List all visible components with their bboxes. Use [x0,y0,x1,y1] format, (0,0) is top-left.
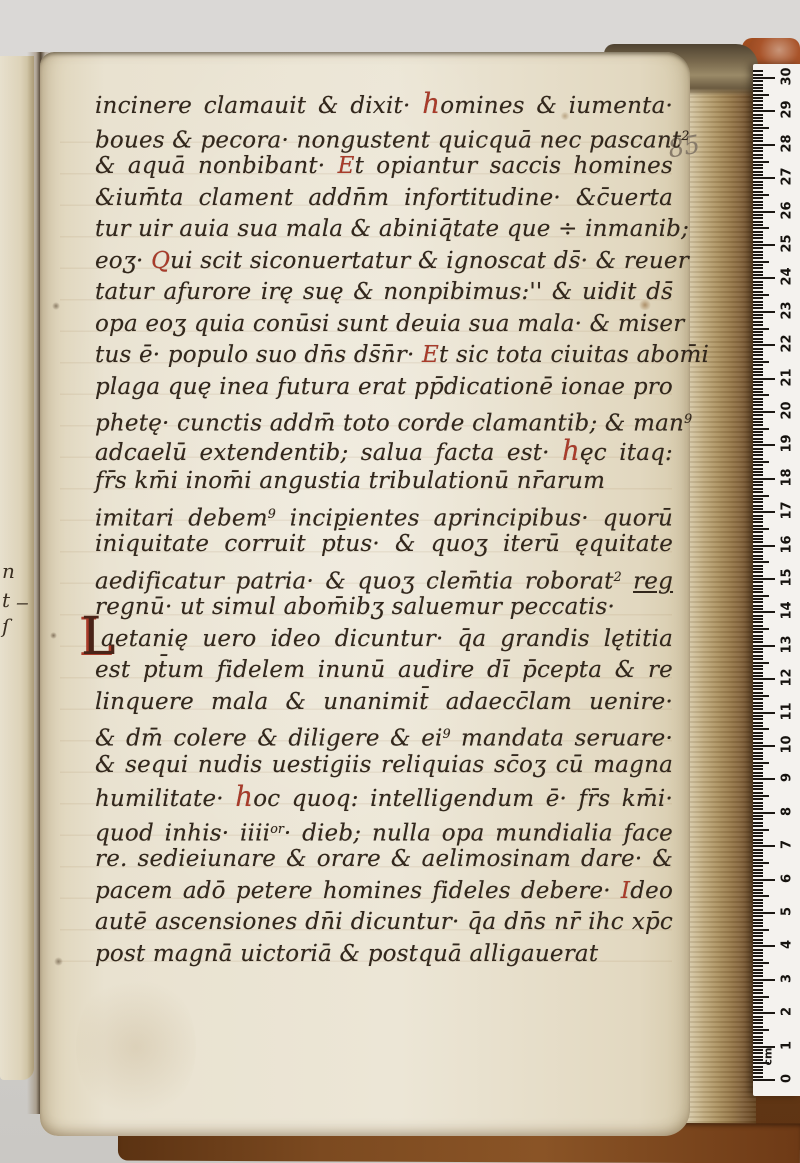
edge-fragment: t [2,590,10,610]
ruler-tick [753,588,763,590]
ruler-number: 20 [780,400,795,422]
ruler-tick [753,224,763,226]
ruler-tick [753,471,763,473]
ruler-tick [753,1032,763,1034]
manuscript-line: incinere clamauit & dixit· homines & ium… [95,88,673,120]
ruler-tick [753,638,763,640]
ruler-tick [753,321,763,323]
ruler-tick [753,598,763,600]
ink-text: deo [630,878,673,904]
ruler-tick [753,645,775,647]
ruler-tick [753,157,763,159]
ruler-tick [753,1036,763,1038]
ruler-tick [753,100,763,102]
ruler-tick [753,708,763,710]
ruler-tick [753,651,763,653]
ink-text: & dm̄ colere & diligere & ei [95,726,443,752]
ruler-tick [753,849,763,851]
ruler-tick [753,912,775,914]
ruler-tick [753,631,763,633]
ruler-tick [753,892,763,894]
ruler-tick [753,685,763,687]
stain [54,957,63,966]
ruler-tick [753,461,769,463]
ruler-tick [753,959,763,961]
ruler-tick [753,374,763,376]
ink-text: regnū· ut simul abom̄ibʒ saluemur peccat… [95,594,615,620]
ruler-tick [753,581,763,583]
ruler-number: 28 [780,132,795,154]
ruler-tick [753,869,763,871]
ruler-tick [753,408,763,410]
ruler-tick [753,655,763,657]
ruler-tick [753,922,763,924]
ruler-number: 21 [780,366,795,388]
manuscript-line: autē ascensiones dn̄i dicuntur· q̄a dn̄s… [95,907,673,939]
ink-text: omines & iumenta· [440,93,673,119]
manuscript-line: &ium̄ta clament addn̄m infortitudine· &c… [95,183,673,215]
ink-text: t [355,153,364,179]
manuscript-line: re. sedieiunare & orare & aelimosinam da… [95,844,673,876]
ruler-tick [753,87,763,89]
ruler-tick [753,949,763,951]
ruler-tick [753,431,763,433]
ruler-number: 16 [780,533,795,555]
ruler-tick [753,621,763,623]
ruler-tick [753,154,763,156]
ruler-tick [753,695,769,697]
ruler-tick [753,474,763,476]
ruler-tick [753,267,763,269]
ruler-tick [753,184,763,186]
ruler-tick [753,1012,775,1014]
ruler-tick [753,812,775,814]
ruler-tick [753,107,763,109]
ruler-number: 29 [780,99,795,121]
ruler-tick [753,454,763,456]
ruler-tick [753,117,763,119]
ruler-tick [753,294,769,296]
ruler-tick [753,675,763,677]
ruler-tick [753,140,763,142]
ink-text: fr̄s km̄i inom̄i angustia tribulationū n… [95,468,605,494]
ruler-number: 14 [780,600,795,622]
ruler-tick [753,74,763,76]
ruler-tick [753,859,763,861]
ruler-tick [753,625,763,627]
ruler-tick [753,341,763,343]
manuscript-line: regnū· ut simul abom̄ibʒ saluemur peccat… [95,592,673,624]
ruler-number: 10 [780,734,795,756]
ruler-tick [753,317,763,319]
ruler-tick [753,945,775,947]
ruler-tick [753,795,769,797]
ruler-tick [753,1026,763,1028]
ruler-tick [753,1079,775,1081]
rubric-text: Q [151,248,170,274]
ruler-tick [753,895,769,897]
ruler-tick [753,568,763,570]
ruler-tick [753,80,763,82]
ruler-tick [753,902,763,904]
ruler-tick [753,257,763,259]
ruler-tick [753,561,769,563]
ruler-tick [753,505,763,507]
ruler-tick [753,130,763,132]
edge-fragment: n [2,561,15,581]
ruler-tick [753,1016,763,1018]
ruler-tick [753,979,775,981]
ruler-tick [753,368,763,370]
ink-text: & aquā nonbibant· [95,153,338,179]
ruler-tick [753,491,763,493]
ruler-number: 26 [780,199,795,221]
ruler-tick [753,424,763,426]
manuscript-line: est pt̄um fidelem inunū audire dī p̄cept… [95,655,673,687]
ink-text: autē ascensiones dn̄i dicuntur· q̄a dn̄s… [95,909,673,935]
ruler-number: 24 [780,266,795,288]
ink-text: eoʒ· [95,248,151,274]
ruler-tick [753,595,769,597]
ruler-tick [753,1006,763,1008]
ruler-tick [753,862,769,864]
ruler-tick [753,641,763,643]
ruler-tick [753,401,763,403]
ruler-number: 1 [780,1034,795,1056]
ruler-tick [753,969,763,971]
ink-text: sic tota ciuitas abom̄i [448,342,709,368]
ruler-tick [753,468,763,470]
manuscript-line: phetę· cunctis addm̄ toto corde clamanti… [95,403,673,435]
ruler-tick [753,301,763,303]
ruler-tick [753,835,763,837]
rubric-text: 9 [684,411,692,426]
ruler-tick [753,221,763,223]
ruler-tick [753,692,763,694]
stain [50,632,57,639]
ruler-tick [753,421,763,423]
ruler-tick [753,618,763,620]
ink-text: quod inhis· iiii [95,820,270,846]
ruler-tick [753,541,763,543]
ruler-tick [753,488,763,490]
rubric-text: or [270,821,284,836]
ruler-tick [753,511,775,513]
ruler-tick [753,538,763,540]
ruler-tick [753,962,769,964]
rubric-text: reg [633,568,673,594]
ink-text: re. sedieiunare & orare & aelimosinam da… [95,846,673,872]
edge-fragment: ſ [2,616,9,636]
manuscript-line: plaga quę inea futura erat pp̄dicationē … [95,372,673,404]
ruler-tick [753,495,769,497]
ruler-tick [753,855,763,857]
ruler-tick [753,722,763,724]
ruler-tick [753,985,763,987]
ruler-tick [753,124,763,126]
ruler-tick [753,698,763,700]
ruler-tick [753,274,763,276]
ink-text: oc quoq: intelligendum ē· fr̄s km̄i· [253,786,673,812]
ruler-tick [753,371,763,373]
ruler-tick [753,775,763,777]
ruler-tick [753,1019,763,1021]
ruler-tick [753,127,769,129]
ink-text: · dieb; nulla opa mundialia face [284,820,673,846]
ruler-tick [753,635,763,637]
ruler-number: 25 [780,233,795,255]
ruler-tick [753,277,775,279]
ruler-tick [753,525,763,527]
ruler-tick [753,535,763,537]
ruler-tick [753,458,763,460]
ruler-number: 2 [780,1001,795,1023]
ruler-tick [753,521,763,523]
manuscript-line: & aquā nonbibant· Et opiantur saccis hom… [95,151,673,183]
ruler-tick [753,565,763,567]
ink-text: &ium̄ta clament addn̄m infortitudine· &c… [95,185,673,211]
ruler-tick [753,551,763,553]
rubric-text: 9 [268,506,276,521]
ruler-tick [753,331,763,333]
rubric-text: E [422,342,439,368]
ruler-tick [753,354,763,356]
ink-text: phetę· cunctis addm̄ toto corde clamanti… [95,411,684,437]
ruler-tick [753,137,763,139]
ruler-tick [753,842,763,844]
ruler-tick [753,251,763,253]
ruler-tick [753,728,769,730]
ruler-tick [753,110,775,112]
ruler-tick [753,578,775,580]
rubric-text: E [338,153,355,179]
ruler-tick [753,481,763,483]
ruler-tick [753,464,763,466]
ruler-tick [753,241,763,243]
ruler-tick [753,982,763,984]
ink-text: opiantur saccis homines [364,153,673,179]
ruler-tick [753,735,763,737]
ruler-tick [753,955,763,957]
page-edge-stack-right [682,50,756,1138]
ruler-tick [753,899,763,901]
manuscript-line: & sequi nudis uestigiis reliquias sc̄oʒ … [95,750,673,782]
ruler-tick [753,1042,763,1044]
ruler-tick [753,451,763,453]
ruler-tick [753,181,763,183]
ruler-tick [753,658,763,660]
ruler-tick [753,752,763,754]
ruler-tick [753,528,769,530]
ruler-tick [753,1009,763,1011]
rubric-text: 2 [614,569,622,584]
ruler-tick [753,70,763,72]
ruler-tick [753,1072,763,1074]
ruler-tick [753,939,763,941]
ruler-tick [753,745,775,747]
ruler-tick [753,171,763,173]
ruler-tick [753,150,763,152]
ink-text: humilitate· [95,786,235,812]
rubric-text: h [562,434,580,467]
ruler-tick [753,484,763,486]
ruler: 0123456789101112131415161718192021222324… [753,64,800,1096]
ruler-tick [753,788,763,790]
ink-text: post magnā uictoriā & postquā alligauera… [95,941,598,967]
ruler-tick [753,591,763,593]
ruler-number: 11 [780,700,795,722]
ruler-tick [753,989,763,991]
ruler-tick [753,755,763,757]
rubric-text: h [235,780,253,813]
ruler-tick [753,214,763,216]
ruler-tick [753,805,763,807]
ink-text: ui scit siconuertatur & ignoscat ds̄· & … [170,248,689,274]
ruler-tick [753,284,763,286]
ruler-tick [753,314,763,316]
ruler-tick [753,508,763,510]
ruler-tick [753,144,775,146]
ruler-tick [753,768,763,770]
ruler-tick [753,227,769,229]
ruler-tick [753,304,763,306]
ink-text: ęc itaq: [580,440,673,466]
ruler-tick [753,818,763,820]
ink-text: aetanię uero ideo dicuntur· q̄a grandis … [101,626,673,652]
ruler-tick [753,97,763,99]
ruler-tick [753,765,763,767]
ruler-tick [753,441,763,443]
ruler-tick [753,571,763,573]
manuscript-line: opa eoʒ quia conūsi sunt deuia sua mala·… [95,309,673,341]
ruler-tick [753,935,763,937]
ruler-tick [753,772,763,774]
ruler-tick [753,929,769,931]
ink-text: adcaelū extendentib; salua facta est· [95,440,562,466]
ruler-tick [753,364,763,366]
ruler-tick [753,802,763,804]
ruler-tick [753,852,763,854]
ruler-tick [753,748,763,750]
ruler-tick [753,585,763,587]
ruler-tick [753,1076,763,1078]
ruler-tick [753,404,763,406]
ruler-tick [753,411,775,413]
ink-text: aedificatur patria· & quoʒ clem̄tia robo… [95,568,614,594]
stain [76,972,196,1122]
ruler-tick [753,555,763,557]
ruler-number: 18 [780,466,795,488]
ruler-tick [753,932,763,934]
ruler-tick [753,778,775,780]
ruler-tick [753,434,763,436]
ruler-tick [753,668,763,670]
ruler-tick [753,191,763,193]
ruler-tick [753,388,763,390]
ruler-tick [753,187,763,189]
ink-text: tatur afurore irę suę & nonpibimus:'' & … [95,279,673,305]
ruler-number: 9 [780,767,795,789]
ruler-tick [753,297,763,299]
ruler-tick [753,628,769,630]
ruler-tick [753,120,763,122]
ruler-tick [753,344,775,346]
rubric-text: 9 [443,726,451,741]
ruler-tick [753,358,763,360]
ruler-tick [753,501,763,503]
ruler-tick [753,174,763,176]
manuscript-line: imitari debem9 incipientes aprincipibus·… [95,498,673,530]
ruler-tick [753,307,763,309]
ink-text: opa eoʒ quia conūsi sunt deuia sua mala·… [95,311,684,337]
ruler-tick [753,428,769,430]
ruler-tick [753,334,763,336]
ink-text: boues & pecora· nongustent quicquā nec p… [95,127,681,153]
ruler-tick [753,996,769,998]
ruler-tick [753,324,763,326]
ruler-tick [753,919,763,921]
ruler-tick [753,348,763,350]
ruler-tick [753,558,763,560]
ruler-tick [753,398,763,400]
ruler-tick [753,879,775,881]
ink-text: incinere clamauit & dixit· [95,93,422,119]
ruler-tick [753,281,763,283]
ink-text [622,568,633,594]
ruler-tick [753,672,763,674]
ink-text: plaga quę inea futura erat pp̄dicationē … [95,374,673,400]
ruler-tick [753,718,763,720]
manuscript-line: humilitate· hoc quoq: intelligendum ē· f… [95,781,673,813]
manuscript-line: boues & pecora· nongustent quicquā nec p… [95,120,673,152]
ruler-number: 7 [780,834,795,856]
ruler-tick [753,234,763,236]
ruler-tick [753,498,763,500]
ruler-tick [753,311,775,313]
ruler-tick [753,605,763,607]
ruler-tick [753,992,763,994]
ruler-tick [753,815,763,817]
ruler-tick [753,782,763,784]
ruler-tick [753,167,763,169]
ruler-tick [753,391,763,393]
ruler-tick [753,875,763,877]
ruler-tick [753,231,763,233]
ruler-tick [753,548,763,550]
ruler-tick [753,942,763,944]
ruler-tick [753,972,763,974]
ruler-tick [753,147,763,149]
manuscript-line: fr̄s km̄i inom̄i angustia tribulationū n… [95,466,673,498]
ruler-number: 13 [780,633,795,655]
ruler-tick [753,438,763,440]
ruler-tick [753,394,769,396]
ruler-tick [753,1002,763,1004]
ruler-tick [753,575,763,577]
ruler-tick [753,201,763,203]
manuscript-line: tur uir auia sua mala & abiniq̄tate que … [95,214,673,246]
ruler-tick [753,662,769,664]
ink-text: est pt̄um fidelem inunū audire dī p̄cept… [95,657,673,683]
rubric-text: I [621,878,630,904]
ruler-tick [753,1029,769,1031]
ruler-tick [753,648,763,650]
ruler-number: 0 [780,1068,795,1090]
ruler-tick [753,925,763,927]
ruler-number: 17 [780,500,795,522]
manuscript-line: pacem adō petere homines fideles debere·… [95,876,673,908]
ruler-tick [753,1022,763,1024]
